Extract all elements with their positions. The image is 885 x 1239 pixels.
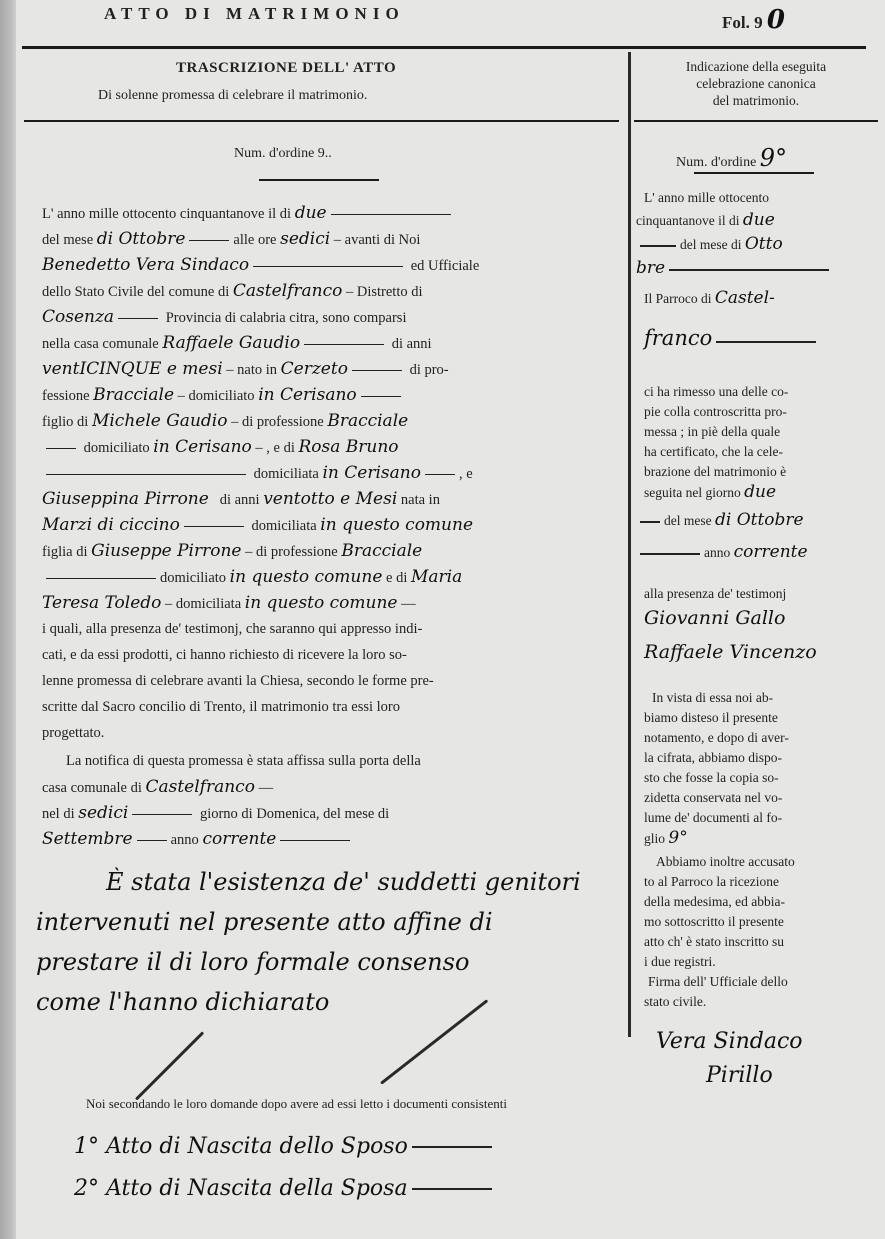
notice-line: Settembreanno corrente	[42, 826, 354, 854]
officer-signature: Vera Sindaco Pirillo	[656, 1025, 803, 1093]
body-line: Marzi di ciccino domiciliata in questo c…	[42, 512, 473, 540]
body-line: i quali, alla presenza de' testimonj, ch…	[42, 616, 422, 643]
body-line: Giuseppina Pirrone di anni ventotto e Me…	[42, 486, 440, 514]
header-rule	[22, 46, 866, 49]
body-line: fessione Bracciale – domiciliato in Ceri…	[42, 382, 405, 410]
right-header-rule	[634, 120, 878, 122]
folio-printed-number: 9	[754, 13, 763, 32]
register-page: ATTO DI MATRIMONIO Fol. 9 0 TRASCRIZIONE…	[16, 0, 885, 1239]
order-number-label: Num. d'ordine	[234, 146, 314, 161]
body-line: L' anno mille ottocento cinquantanove il…	[42, 200, 455, 228]
right-order-number: Num. d'ordine 9°	[676, 144, 787, 172]
folio-label: Fol.	[722, 13, 750, 32]
footer-printed-text: Noi secondando le loro domande dopo aver…	[86, 1096, 507, 1112]
left-header-rule	[24, 120, 619, 122]
order-number-flourish	[259, 179, 379, 181]
right-column-header: Indicazione della eseguita celebrazione …	[636, 58, 876, 109]
document-item: 1° Atto di Nascita dello Sposo	[74, 1126, 496, 1168]
body-line: domiciliato in Cerisano – , e di Rosa Br…	[42, 434, 399, 462]
section-subtitle: Di solenne promessa di celebrare il matr…	[98, 88, 367, 104]
folio-handwritten-mark: 0	[767, 5, 785, 35]
order-number: Num. d'ordine 9..	[234, 146, 332, 162]
folio-number: Fol. 9 0	[722, 5, 785, 35]
body-line: Teresa Toledo – domiciliata in questo co…	[42, 590, 416, 618]
handwritten-consent-note: È stata l'esistenza de' suddetti genitor…	[36, 862, 581, 1022]
body-line: lenne promessa di celebrare avanti la Ch…	[42, 668, 434, 695]
body-line: cati, e da essi prodotti, ci hanno richi…	[42, 642, 407, 669]
document-item: 2° Atto di Nascita della Sposa	[74, 1168, 496, 1210]
documents-list: 1° Atto di Nascita dello Sposo 2° Atto d…	[74, 1126, 496, 1210]
body-line: domiciliato in questo comune e di Maria	[42, 564, 462, 592]
body-line: figlia di Giuseppe Pirrone – di professi…	[42, 538, 422, 566]
notice-line: nel di sedici giorno di Domenica, del me…	[42, 800, 389, 828]
notice-line: La notifica di questa promessa è stata a…	[66, 748, 421, 775]
order-number-value: 9..	[318, 146, 332, 161]
pen-stroke-mark	[135, 1031, 204, 1100]
body-line: Cosenza Provincia di calabria citra, son…	[42, 304, 406, 332]
notice-line: casa comunale di Castelfranco —	[42, 774, 273, 802]
body-line: figlio di Michele Gaudio – di profession…	[42, 408, 408, 436]
body-line: nella casa comunale Raffaele Gaudio di a…	[42, 330, 432, 358]
body-line: scritte dal Sacro concilio di Trento, il…	[42, 694, 400, 721]
document-title: ATTO DI MATRIMONIO	[104, 4, 405, 24]
body-line: del mese di Ottobrealle ore sedici – ava…	[42, 226, 420, 254]
body-line: ventICINQUE e mesi – nato in Cerzeto di …	[42, 356, 449, 384]
section-title: TRASCRIZIONE DELL' ATTO	[176, 60, 396, 77]
body-line: domiciliata in Cerisano, e	[42, 460, 473, 488]
right-order-flourish	[694, 172, 814, 174]
body-line: progettato.	[42, 720, 104, 747]
column-divider	[628, 52, 631, 1037]
body-line: Benedetto Vera Sindaco ed Ufficiale	[42, 252, 479, 280]
body-line: dello Stato Civile del comune di Castelf…	[42, 278, 423, 306]
book-binding-edge	[0, 0, 16, 1239]
